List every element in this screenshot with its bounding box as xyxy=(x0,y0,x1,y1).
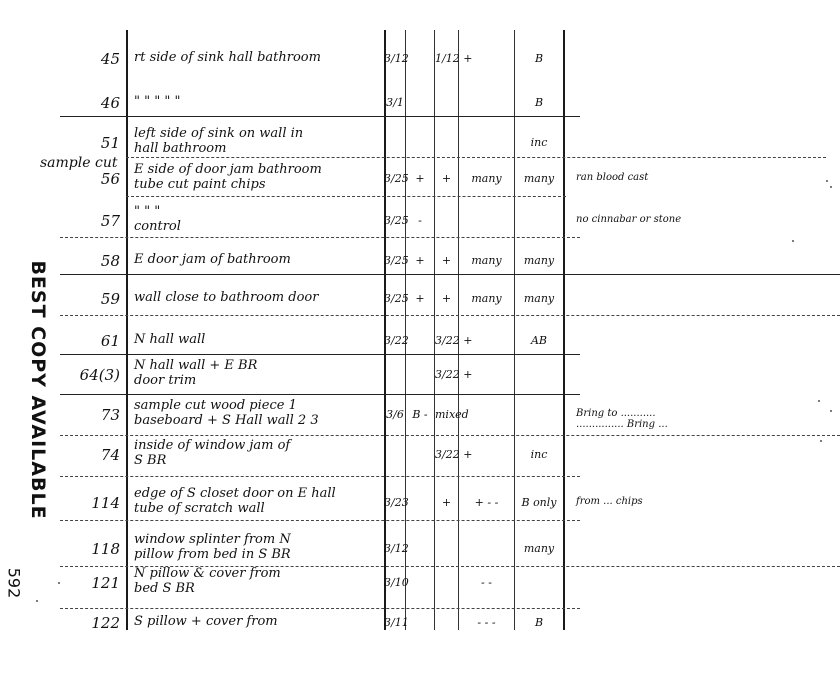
entry-c5: many xyxy=(515,172,563,185)
entry-c3: 3/22 + xyxy=(435,448,458,461)
stamp-text: BEST COPY AVAILABLE xyxy=(27,260,49,519)
entry-c1: 3/23 xyxy=(384,496,406,509)
entry-remark: from ... chips xyxy=(576,496,643,507)
entry-description: E door jam of bathroom xyxy=(134,252,291,267)
entry-c4: - - - xyxy=(459,616,514,629)
entry-c2: + xyxy=(406,172,434,185)
column-rule-desc xyxy=(384,30,386,630)
entry-description: left side of sink on wall inhall bathroo… xyxy=(134,126,303,156)
entry-c1: 3/25 xyxy=(384,292,406,305)
column-rule-c5 xyxy=(563,30,565,630)
scan-speck xyxy=(792,240,794,242)
row-rule xyxy=(60,274,840,276)
row-rule xyxy=(60,476,580,478)
scan-speck xyxy=(830,410,832,412)
row-rule xyxy=(60,435,840,437)
entry-description: " " "control xyxy=(134,204,181,234)
column-rule-number xyxy=(126,30,128,630)
entry-remark: ran blood cast xyxy=(576,172,648,183)
entry-c5: B only xyxy=(515,496,563,509)
entry-description: " " " " " xyxy=(134,94,180,109)
scan-speck xyxy=(826,180,828,182)
scan-speck xyxy=(58,582,60,584)
column-rule-c2 xyxy=(434,30,435,630)
entry-c1: 3/12 xyxy=(384,542,406,555)
entry-c5: inc xyxy=(515,136,563,149)
entry-c3: + xyxy=(435,496,458,509)
entry-number: 46 xyxy=(70,94,120,112)
entry-description: window splinter from Npillow from bed in… xyxy=(134,532,291,562)
entry-c1: 3/25 xyxy=(384,172,406,185)
entry-number: 61 xyxy=(70,332,120,350)
entry-number: 73 xyxy=(70,406,120,424)
entry-c3: 3/22 + xyxy=(435,368,458,381)
entry-number: 74 xyxy=(70,446,120,464)
entry-c3: + xyxy=(435,172,458,185)
entry-c2: B - xyxy=(406,408,434,421)
row-rule xyxy=(60,354,580,356)
row-rule xyxy=(126,157,826,159)
entry-c3: + xyxy=(435,254,458,267)
entry-c5: B xyxy=(515,52,563,65)
entry-c3: + xyxy=(435,292,458,305)
scan-speck xyxy=(36,600,38,602)
entry-c1: 3/11 xyxy=(384,616,406,629)
entry-description: E side of door jam bathroomtube cut pain… xyxy=(134,162,322,192)
entry-c4: many xyxy=(459,172,514,185)
entry-c5: many xyxy=(515,542,563,555)
scanned-log-page: BEST COPY AVAILABLE 592 sample cut 45rt … xyxy=(0,0,840,675)
entry-c2: + xyxy=(406,292,434,305)
entry-number: 51 xyxy=(70,134,120,152)
entry-c3: mixed xyxy=(435,408,458,421)
entry-description: N pillow & cover frombed S BR xyxy=(134,566,281,596)
margin-note: sample cut xyxy=(40,155,117,171)
entry-number: 118 xyxy=(70,540,120,558)
entry-number: 58 xyxy=(70,252,120,270)
entry-c1: 3/22 xyxy=(384,334,406,347)
entry-c5: AB xyxy=(515,334,563,347)
entry-c5: many xyxy=(515,254,563,267)
entry-c5: B xyxy=(515,616,563,629)
row-rule xyxy=(60,608,580,610)
entry-description: wall close to bathroom door xyxy=(134,290,318,305)
entry-c3: 1/12 + xyxy=(435,52,458,65)
entry-number: 45 xyxy=(70,50,120,68)
page-number-text: 592 xyxy=(5,568,24,599)
entry-c1: 3/25 xyxy=(384,254,406,267)
row-rule xyxy=(126,196,566,198)
entry-number: 121 xyxy=(70,574,120,592)
scan-speck xyxy=(830,186,832,188)
scan-speck xyxy=(820,440,822,442)
entry-remark: no cinnabar or stone xyxy=(576,214,681,225)
entry-c4: many xyxy=(459,292,514,305)
entry-number: 64(3) xyxy=(70,366,120,384)
entry-number: 57 xyxy=(70,212,120,230)
entry-number: 114 xyxy=(70,494,120,512)
entry-remark: Bring to .......................... Brin… xyxy=(576,408,668,430)
entry-description: rt side of sink hall bathroom xyxy=(134,50,321,65)
entry-description: N hall wall + E BRdoor trim xyxy=(134,358,257,388)
entry-c1: 3/6 xyxy=(384,408,406,421)
row-rule xyxy=(60,116,580,118)
entry-c4: many xyxy=(459,254,514,267)
entry-description: N hall wall xyxy=(134,332,205,347)
entry-c5: B xyxy=(515,96,563,109)
row-rule xyxy=(60,315,840,317)
entry-c3: 3/22 + xyxy=(435,334,458,347)
entry-c4: + - - xyxy=(459,496,514,509)
scan-speck xyxy=(818,400,820,402)
entry-description: edge of S closet door on E halltube of s… xyxy=(134,486,336,516)
row-rule xyxy=(60,394,580,396)
entry-description: sample cut wood piece 1baseboard + S Hal… xyxy=(134,398,319,428)
entry-c2: - xyxy=(406,214,434,227)
entry-number: 122 xyxy=(70,614,120,632)
entry-c2: + xyxy=(406,254,434,267)
column-rule-c1 xyxy=(405,30,406,630)
entry-description: S pillow + cover from xyxy=(134,614,278,629)
entry-c5: many xyxy=(515,292,563,305)
entry-number: 59 xyxy=(70,290,120,308)
row-rule xyxy=(60,237,580,239)
column-rule-c4 xyxy=(514,30,515,630)
entry-c4: - - xyxy=(459,576,514,589)
entry-c1: 3/12 xyxy=(384,52,406,65)
row-rule xyxy=(60,520,580,522)
entry-c5: inc xyxy=(515,448,563,461)
entry-number: 56 xyxy=(70,170,120,188)
entry-c1: 3/25 xyxy=(384,214,406,227)
best-copy-stamp: BEST COPY AVAILABLE xyxy=(18,262,58,517)
entry-c1: 3/10 xyxy=(384,576,406,589)
column-rule-c3 xyxy=(458,30,459,630)
page-number: 592 xyxy=(2,558,26,608)
entry-c1: 3/1 xyxy=(384,96,406,109)
entry-description: inside of window jam ofS BR xyxy=(134,438,290,468)
